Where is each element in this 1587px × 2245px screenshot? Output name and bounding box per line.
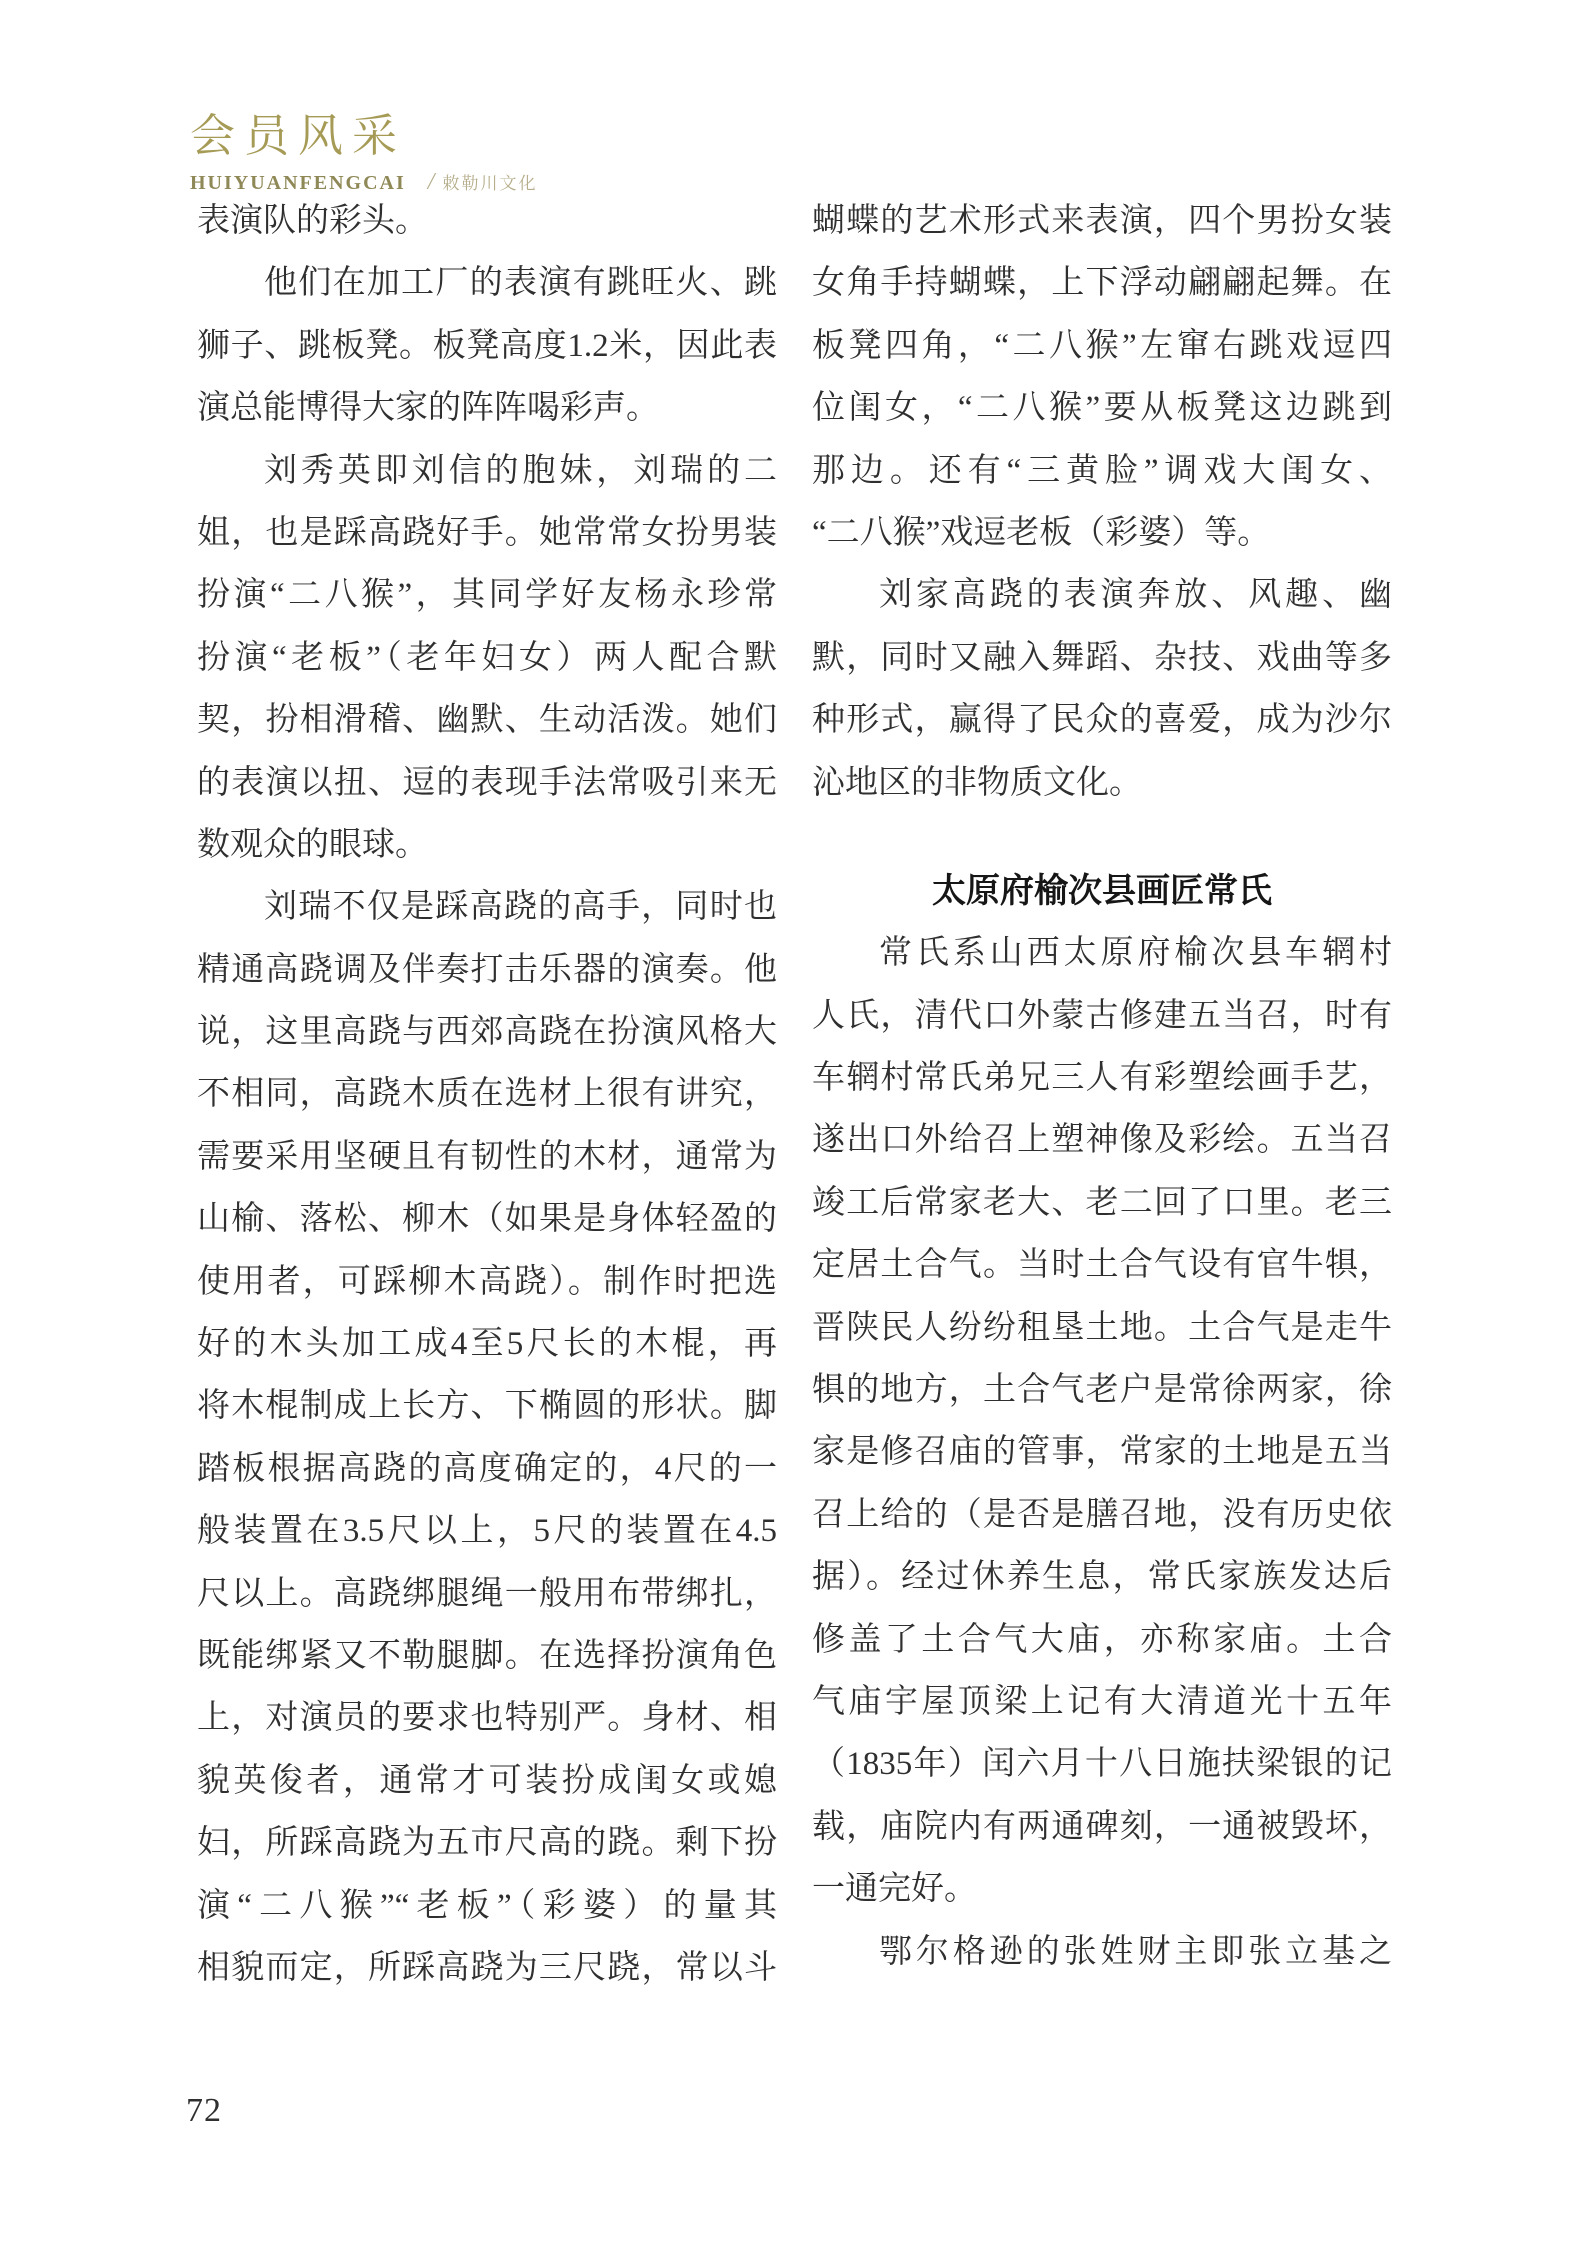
text-line: 需要采用坚硬且有韧性的木材，通常为 [197,1126,777,1188]
text-line: 车辋村常氏弟兄三人有彩塑绘画手艺， [812,1047,1392,1109]
left-column: 表演队的彩头。他们在加工厂的表演有跳旺火、跳狮子、跳板凳。板凳高度1.2米，因此… [197,190,777,1999]
text-line: 定居土合气。当时土合气设有官牛犋， [812,1234,1392,1296]
text-line: 修盖了土合气大庙，亦称家庙。土合 [812,1609,1392,1671]
text-line: 山榆、落松、柳木（如果是身体轻盈的 [197,1188,777,1250]
text-line: 不相同，高跷木质在选材上很有讲究， [197,1063,777,1125]
text-line: 踏板根据高跷的高度确定的，4尺的一 [197,1438,777,1500]
text-line: 人氏，清代口外蒙古修建五当召，时有 [812,985,1392,1047]
text-line: 遂出口外给召上塑神像及彩绘。五当召 [812,1109,1392,1171]
text-line: 演“二八猴”“老板”（彩婆）的量其 [197,1875,777,1937]
text-line: 一通完好。 [812,1858,1392,1920]
text-line: 晋陕民人纷纷租垦土地。土合气是走牛 [812,1297,1392,1359]
text-line: 数观众的眼球。 [197,814,777,876]
text-line: 常氏系山西太原府榆次县车辋村 [812,922,1392,984]
text-line: 契，扮相滑稽、幽默、生动活泼。她们 [197,689,777,751]
text-line: 相貌而定，所踩高跷为三尺跷，常以斗 [197,1937,777,1999]
text-line: 载，庙院内有两通碑刻，一通被毁坏， [812,1796,1392,1858]
text-line: 貌英俊者，通常才可装扮成闺女或媳 [197,1750,777,1812]
text-line: 狮子、跳板凳。板凳高度1.2米，因此表 [197,315,777,377]
text-line: 鄂尔格逊的张姓财主即张立基之 [812,1921,1392,1983]
text-line: 好的木头加工成4至5尺长的木棍，再 [197,1313,777,1375]
text-line: 使用者，可踩柳木高跷）。制作时把选 [197,1251,777,1313]
text-line: 刘秀英即刘信的胞妹，刘瑞的二 [197,440,777,502]
text-line: 召上给的（是否是膳召地，没有历史依 [812,1484,1392,1546]
text-line: 精通高跷调及伴奏打击乐器的演奏。他 [197,939,777,1001]
text-line: 刘瑞不仅是踩高跷的高手，同时也 [197,876,777,938]
text-line: 扮演“二八猴”，其同学好友杨永珍常 [197,564,777,626]
text-line: 表演队的彩头。 [197,190,777,252]
right-column: 蝴蝶的艺术形式来表演，四个男扮女装女角手持蝴蝶，上下浮动翩翩起舞。在板凳四角，“… [812,190,1392,1983]
text-line: “二八猴”戏逗老板（彩婆）等。 [812,502,1392,564]
text-line: 种形式，赢得了民众的喜爱，成为沙尔 [812,689,1392,751]
text-line: 默，同时又融入舞蹈、杂技、戏曲等多 [812,627,1392,689]
page-header: 会员风采 HUIYUANFENGCAI / 敕勒川文化 [190,112,537,196]
text-line: 沁地区的非物质文化。 [812,752,1392,814]
text-line: 将木棍制成上长方、下椭圆的形状。脚 [197,1375,777,1437]
text-line: 据）。经过休养生息，常氏家族发达后 [812,1546,1392,1608]
page-number: 72 [186,2092,222,2129]
text-line: 既能绑紧又不勒腿脚。在选择扮演角色 [197,1625,777,1687]
text-line: 姐，也是踩高跷好手。她常常女扮男装 [197,502,777,564]
text-line: 的表演以扭、逗的表现手法常吸引来无 [197,752,777,814]
text-line: 般装置在3.5尺以上，5尺的装置在4.5 [197,1500,777,1562]
text-line: （1835年）闰六月十八日施扶梁银的记 [812,1733,1392,1795]
text-line: 气庙宇屋顶梁上记有大清道光十五年 [812,1671,1392,1733]
section-title: 会员风采 [190,112,537,162]
text-line: 竣工后常家老大、老二回了口里。老三 [812,1172,1392,1234]
text-line: 女角手持蝴蝶，上下浮动翩翩起舞。在 [812,252,1392,314]
text-line: 板凳四角，“二八猴”左窜右跳戏逗四 [812,315,1392,377]
column-section-heading: 太原府榆次县画匠常氏 [812,860,1392,922]
text-line: 犋的地方，土合气老户是常徐两家，徐 [812,1359,1392,1421]
text-line: 他们在加工厂的表演有跳旺火、跳 [197,252,777,314]
text-line: 演总能博得大家的阵阵喝彩声。 [197,377,777,439]
text-line: 那边。还有“三黄脸”调戏大闺女、 [812,440,1392,502]
text-line: 家是修召庙的管事，常家的土地是五当 [812,1421,1392,1483]
text-line: 上，对演员的要求也特别严。身材、相 [197,1687,777,1749]
magazine-page: 会员风采 HUIYUANFENGCAI / 敕勒川文化 表演队的彩头。他们在加工… [0,0,1587,2245]
text-line: 位闺女，“二八猴”要从板凳这边跳到 [812,377,1392,439]
text-line: 尺以上。高跷绑腿绳一般用布带绑扎， [197,1563,777,1625]
text-line: 说，这里高跷与西郊高跷在扮演风格大 [197,1001,777,1063]
text-line: 扮演“老板”（老年妇女）两人配合默 [197,627,777,689]
text-line: 妇，所踩高跷为五市尺高的跷。剩下扮 [197,1812,777,1874]
page-footer: 72 [186,2092,222,2130]
text-line: 蝴蝶的艺术形式来表演，四个男扮女装 [812,190,1392,252]
text-line: 刘家高跷的表演奔放、风趣、幽 [812,564,1392,626]
